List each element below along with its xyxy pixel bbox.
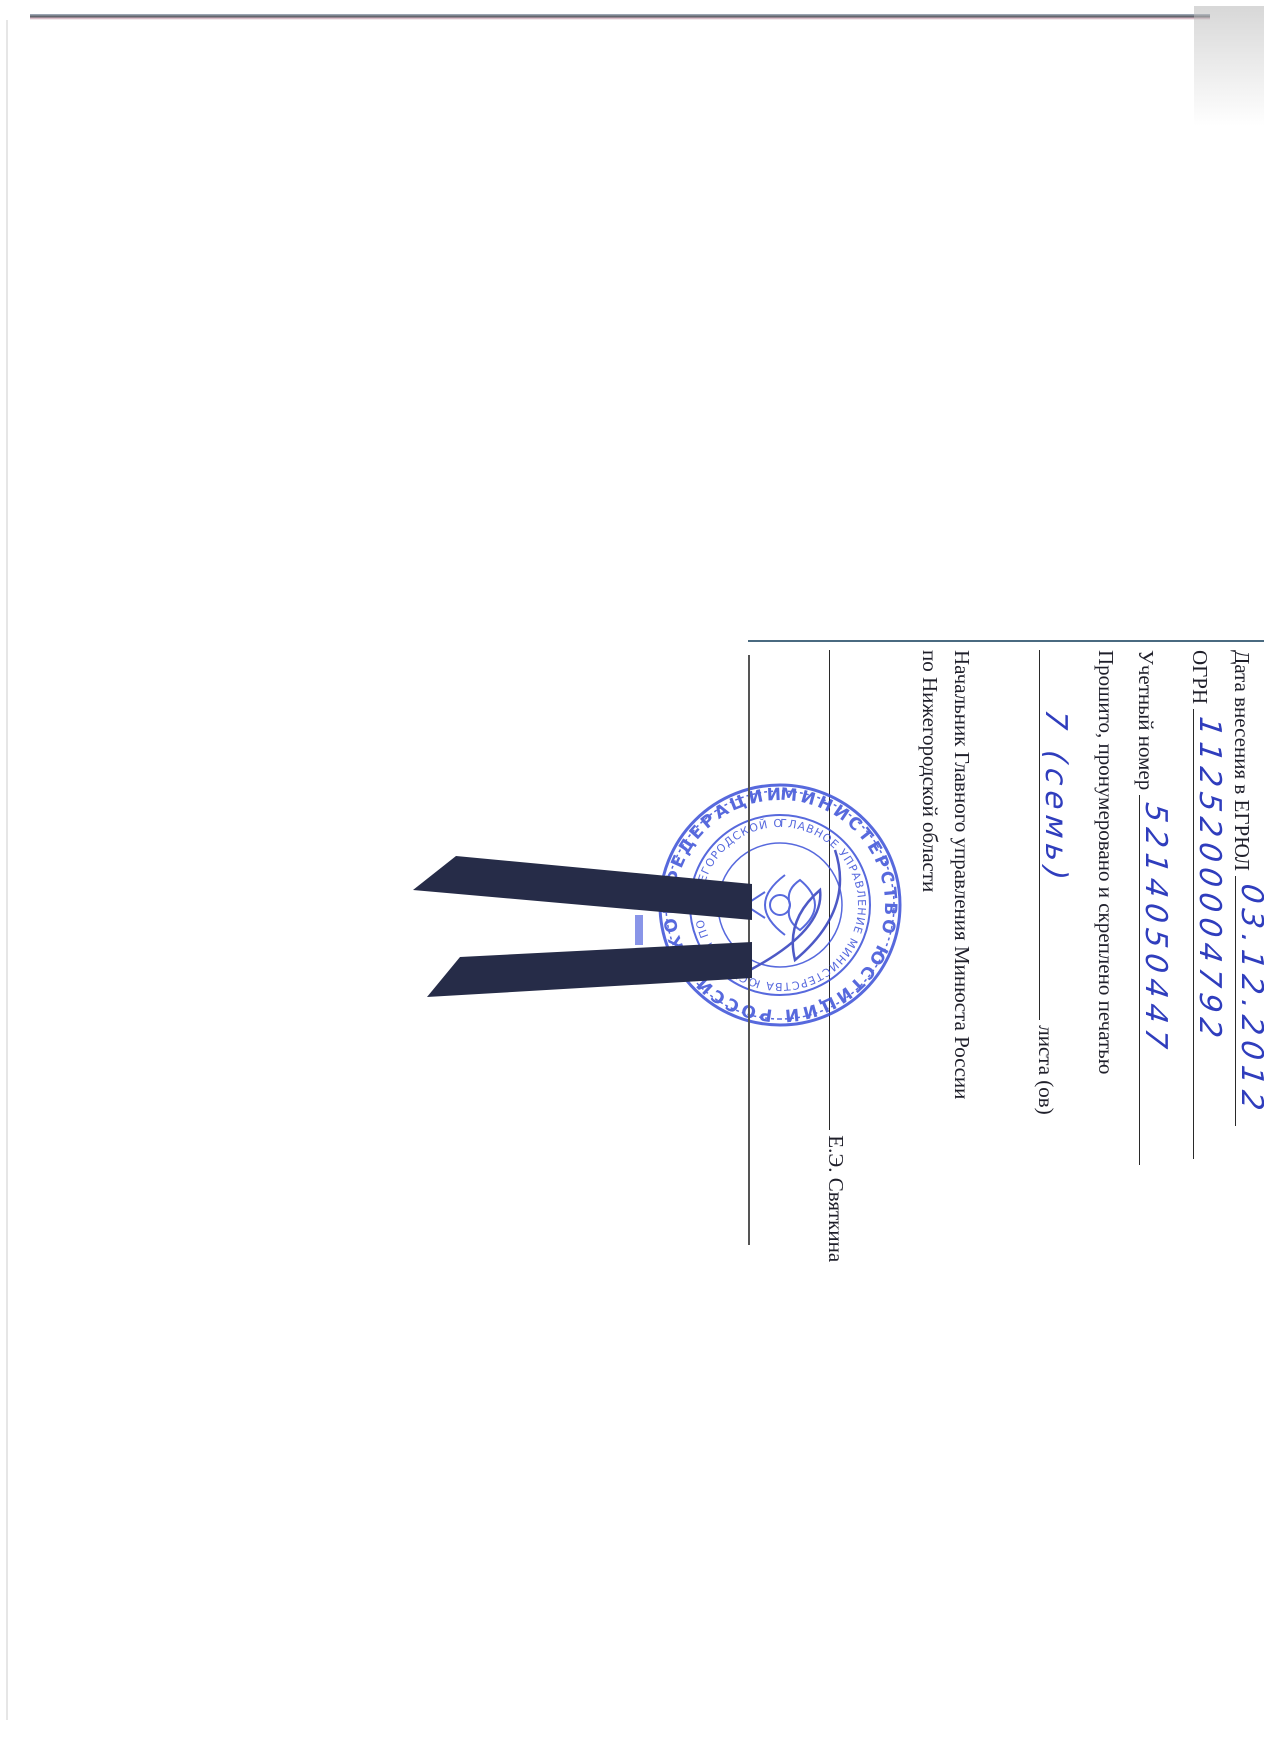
ribbon-upper	[413, 856, 752, 920]
scan-edge-top	[30, 14, 1210, 20]
scan-edge-left	[6, 20, 8, 1720]
egrul-date-field: 03.12.2012	[1235, 876, 1260, 1126]
certificate-border	[748, 640, 1264, 642]
account-number-field: 5214050447	[1139, 795, 1164, 1165]
egrul-date-label: Дата внесения в ЕГРЮЛ	[1229, 650, 1254, 871]
ribbon-lower	[427, 942, 752, 997]
ogrn-row: ОГРН 1125200004792	[1187, 650, 1218, 1159]
egrul-date-value: 03.12.2012	[1234, 882, 1264, 1119]
ogrn-field: 1125200004792	[1193, 709, 1218, 1159]
sheets-field: 7 (семь)	[1039, 650, 1074, 1020]
binding-ribbons	[400, 820, 760, 1000]
account-number-label: Учетный номер	[1133, 650, 1158, 790]
ogrn-value: 1125200004792	[1192, 715, 1227, 1046]
head-title-line-1: Начальник Главного управления Минюста Ро…	[949, 650, 974, 1099]
sheets-row: 7 (семь) листа (ов)	[1033, 650, 1074, 1115]
ogrn-label: ОГРН	[1187, 650, 1212, 704]
stitched-label: Прошито, пронумеровано и скреплено печат…	[1093, 650, 1118, 1074]
account-number-value: 5214050447	[1138, 801, 1173, 1057]
egrul-date-row: Дата внесения в ЕГРЮЛ 03.12.2012	[1229, 650, 1260, 1126]
sheets-value: 7 (семь)	[1038, 708, 1073, 888]
sheets-suffix: листа (ов)	[1033, 1025, 1058, 1114]
stitched-row: Прошито, пронумеровано и скреплено печат…	[1093, 650, 1118, 1074]
signatory-name: Е.Э. Святкина	[823, 1135, 848, 1262]
account-number-row: Учетный номер 5214050447	[1133, 650, 1164, 1165]
head-title-line-2: по Нижегородской области	[917, 650, 942, 892]
scan-shadow	[1194, 6, 1264, 126]
